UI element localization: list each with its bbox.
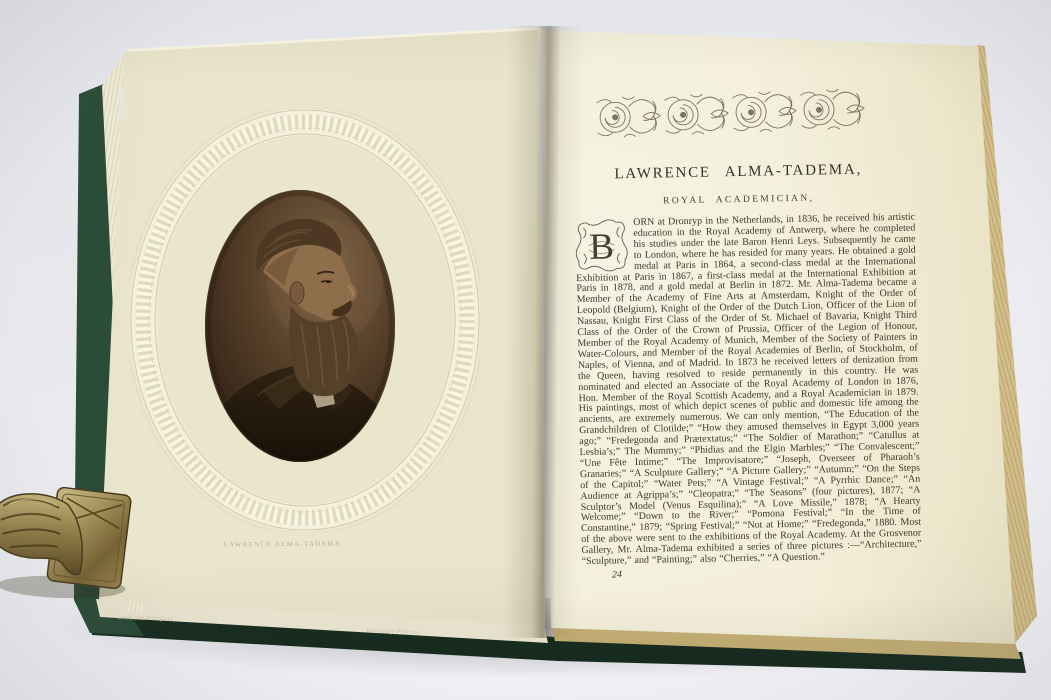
book-gutter-shadow [502, 26, 586, 639]
brass-hand-clasp [0, 481, 140, 604]
drop-cap-letter: B [589, 226, 614, 267]
portrait-photograph [205, 190, 395, 462]
headpiece-ornament [592, 84, 866, 142]
article-body-paragraph: B ORN at Dronryp in the Netherlands, in … [575, 213, 922, 568]
photo-of-open-book: LAWRENCE ALMA-TADEMA. Lock and Whitfield… [0, 0, 1051, 700]
drop-cap: B [575, 219, 628, 272]
portrait-caption: LAWRENCE ALMA-TADEMA. [196, 540, 372, 548]
